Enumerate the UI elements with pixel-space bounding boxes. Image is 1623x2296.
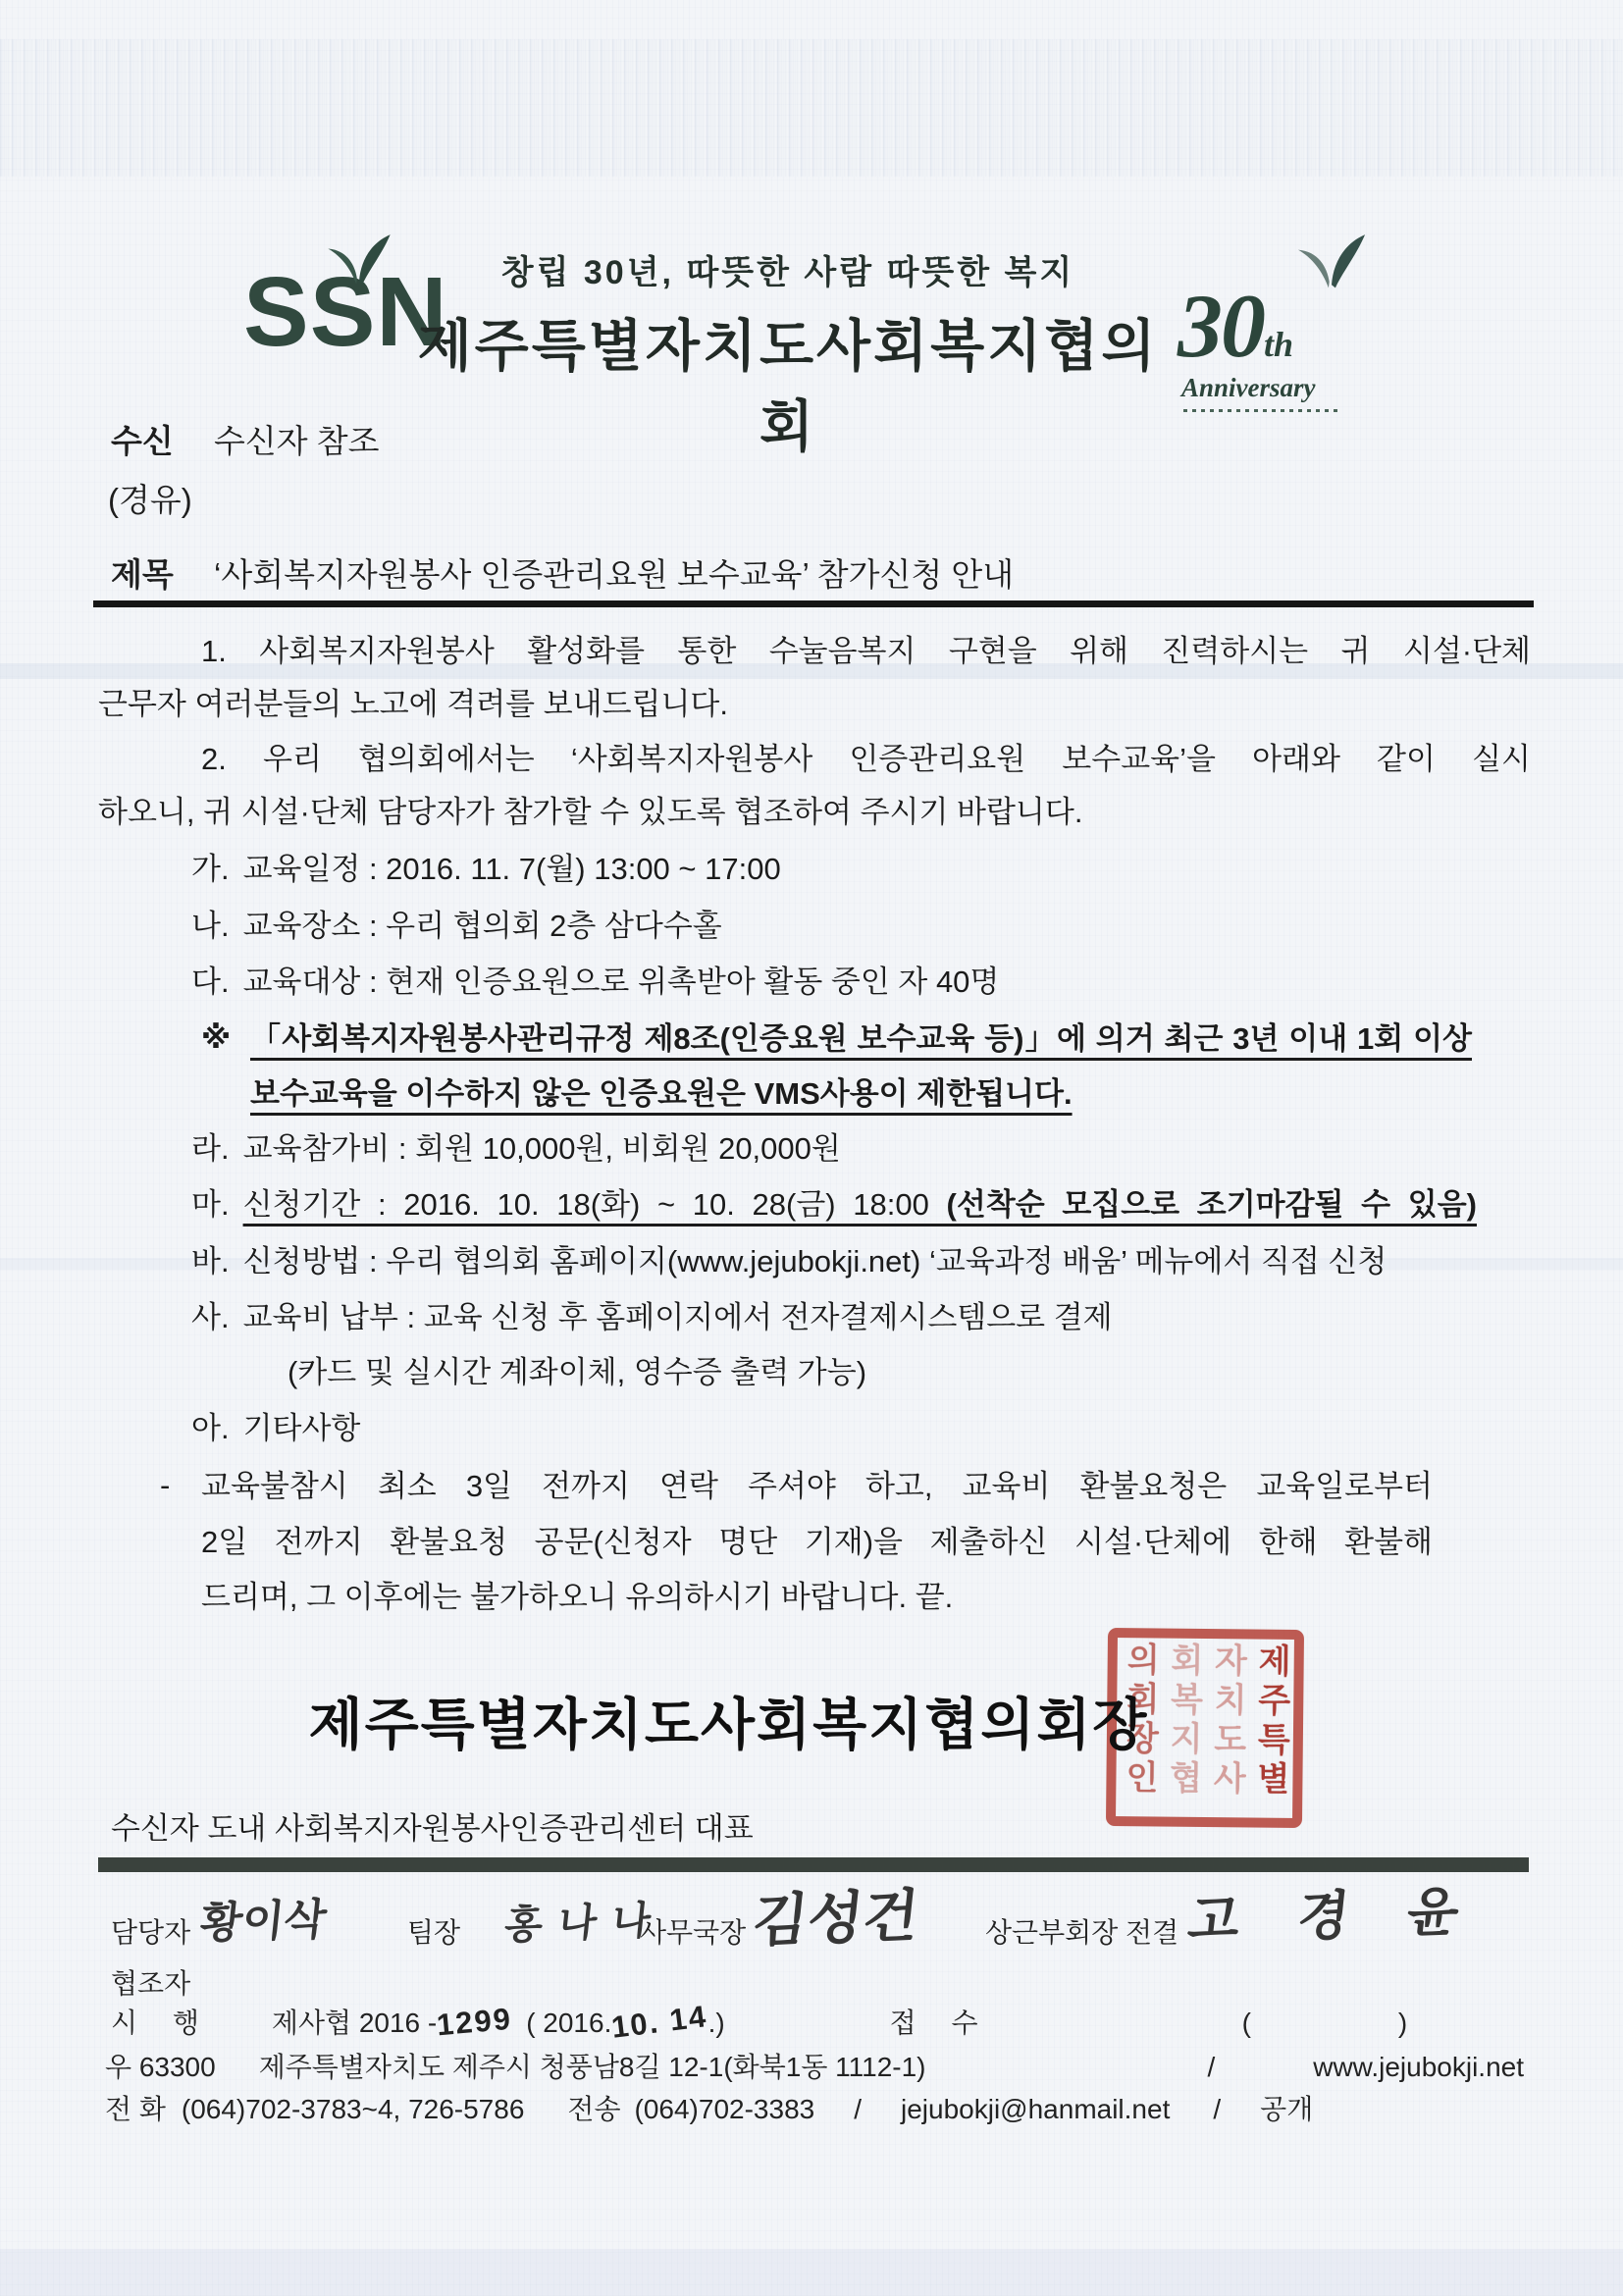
paragraph-2-line-2: 하오니, 귀 시설·단체 담당자가 참가할 수 있도록 협조하여 주시기 바랍니… — [98, 785, 1082, 839]
address-slash: / — [1207, 2052, 1215, 2083]
etc-dash-marker: - — [160, 1458, 170, 1512]
role-label-vice-chairman: 상근부회장 전결 — [985, 1911, 1178, 1951]
list-item-ga: 가.교육일정 : 2016. 11. 7(월) 13:00 ~ 17:00 — [191, 842, 781, 896]
leaf-icon — [1293, 232, 1370, 292]
list-item-na: 나.교육장소 : 우리 협의회 2층 삼다수홀 — [191, 899, 722, 953]
anniversary-label: Anniversary — [1181, 373, 1403, 403]
via-line: (경유) — [108, 475, 192, 521]
execution-row: 시 행 제사협 2016 - 1299 ( 2016. 10. 14 .) 접 … — [111, 2002, 1524, 2041]
doc-number-handwritten: 1299 — [436, 2002, 514, 2044]
signature-manager: 황이삭 — [197, 1884, 330, 1951]
note-line-1: 「사회복지자원봉사관리규정 제8조(인증요원 보수교육 등)」에 의거 최근 3… — [250, 1011, 1472, 1067]
note-marker: ※ — [201, 1011, 231, 1065]
receipt-paren-open: ( — [1242, 2008, 1251, 2039]
letterhead-slogan: 창립 30년, 따뜻한 사람 따뜻한 복지 — [400, 245, 1176, 293]
receipt-paren-close: ) — [1398, 2008, 1407, 2039]
role-label-team-leader: 팀장 — [407, 1911, 460, 1951]
footer-divider-bar — [98, 1857, 1529, 1872]
website-text: www.jejubokji.net — [1313, 2052, 1524, 2083]
list-item-ra: 라.교육참가비 : 회원 10,000원, 비회원 20,000원 — [191, 1122, 841, 1175]
org-name: 제주특별자치도사회복지협의회 — [400, 301, 1176, 462]
scan-noise-band — [0, 39, 1623, 177]
leaf-icon — [324, 232, 394, 288]
receipt-label: 접 수 — [890, 2002, 992, 2041]
subject-label: 제목 — [111, 549, 174, 596]
contact-row: 전 화 (064)702-3783~4, 726-5786 전송 (064)70… — [105, 2088, 1524, 2127]
disclosure-label: 공개 — [1260, 2088, 1313, 2127]
email-text: jejubokji@hanmail.net — [901, 2094, 1170, 2125]
paragraph-1-line-2: 근무자 여러분들의 노고에 격려를 보내드립니다. — [98, 677, 728, 731]
phone-number: (064)702-3783~4, 726-5786 — [182, 2094, 525, 2125]
execution-label: 시 행 — [111, 2002, 213, 2041]
list-item-a: 아.기타사항 — [191, 1401, 360, 1455]
scan-streak — [0, 2249, 1623, 2296]
list-item-da: 다.교육대상 : 현재 인증요원으로 위촉받아 활동 중인 자 40명 — [191, 955, 999, 1009]
subject-divider-rule — [93, 600, 1534, 607]
recipient-label: 수신 — [111, 416, 174, 462]
zip-label: 우 63300 — [105, 2046, 216, 2085]
address-text: 제주특별자치도 제주시 청풍남8길 12-1(화북1동 1112-1) — [259, 2046, 926, 2085]
signature-vice-chairman: 고 경 윤 — [1184, 1869, 1485, 1955]
doc-date-close: .) — [708, 2008, 725, 2039]
contact-slash-2: / — [1213, 2094, 1221, 2125]
etc-line-2: 2일 전까지 환불요청 공문(신청자 명단 기재)을 제출하신 시설·단체에 한… — [201, 1514, 1433, 1570]
scanned-official-letter: SSN 창립 30년, 따뜻한 사람 따뜻한 복지 제주특별자치도사회복지협의회… — [0, 0, 1623, 2296]
doc-date-open: ( 2016. — [526, 2008, 611, 2039]
letterhead: 창립 30년, 따뜻한 사람 따뜻한 복지 제주특별자치도사회복지협의회 — [400, 245, 1176, 462]
list-item-ma: 마.신청기간 : 2016. 10. 18(화) ~ 10. 28(금) 18:… — [191, 1177, 1477, 1231]
list-item-ba: 바.신청방법 : 우리 협의회 홈페이지(www.jejubokji.net) … — [191, 1234, 1387, 1288]
doc-number-printed: 제사협 2016 - — [272, 2002, 437, 2041]
etc-line-1: 교육불참시 최소 3일 전까지 연락 주셔야 하고, 교육비 환불요청은 교육일… — [201, 1458, 1433, 1514]
signer-title: 제주특별자치도사회복지협의회장 — [59, 1680, 1398, 1760]
anniversary-tagline-decoration — [1183, 409, 1338, 412]
paragraph-1-line-1: 1. 사회복지자원봉사 활성화를 통한 수눌음복지 구현을 위해 진력하시는 귀… — [201, 624, 1531, 678]
role-label-secretary-general: 사무국장 — [640, 1911, 746, 1951]
etc-line-3: 드리며, 그 이후에는 불가하오니 유의하시기 바랍니다. 끝. — [201, 1570, 953, 1624]
fax-label: 전송 — [567, 2088, 620, 2127]
cooperator-label: 협조자 — [111, 1962, 190, 2002]
recipient-value: 수신자 참조 — [214, 416, 380, 462]
list-item-sa-subline: (카드 및 실시간 계좌이체, 영수증 출력 가능) — [288, 1345, 866, 1399]
subject-value: ‘사회복지자원봉사 인증관리요원 보수교육’ 참가신청 안내 — [214, 549, 1014, 596]
note-line-2: 보수교육을 이수하지 않은 인증요원은 VMS사용이 제한됩니다. — [250, 1067, 1073, 1121]
address-row: 우 63300 제주특별자치도 제주시 청풍남8길 12-1(화북1동 1112… — [105, 2046, 1524, 2085]
contact-slash-1: / — [854, 2094, 862, 2125]
anniversary-mark: 30th Anniversary — [1178, 235, 1403, 412]
cc-recipients-line: 수신자 도내 사회복지자원봉사인증관리센터 대표 — [111, 1801, 754, 1855]
signature-secretary-general: 김성건 — [749, 1869, 923, 1957]
doc-date-handwritten: 10. 14 — [610, 1999, 710, 2046]
list-item-sa: 사.교육비 납부 : 교육 신청 후 홈페이지에서 전자결제시스템으로 결제 — [191, 1290, 1113, 1344]
anniversary-number: 30th — [1178, 281, 1403, 371]
paragraph-2-line-1: 2. 우리 협의회에서는 ‘사회복지자원봉사 인증관리요원 보수교육’을 아래와… — [201, 732, 1531, 786]
role-label-manager: 담당자 — [111, 1911, 190, 1951]
fax-number: (064)702-3383 — [635, 2094, 815, 2125]
phone-label: 전 화 — [105, 2088, 166, 2127]
